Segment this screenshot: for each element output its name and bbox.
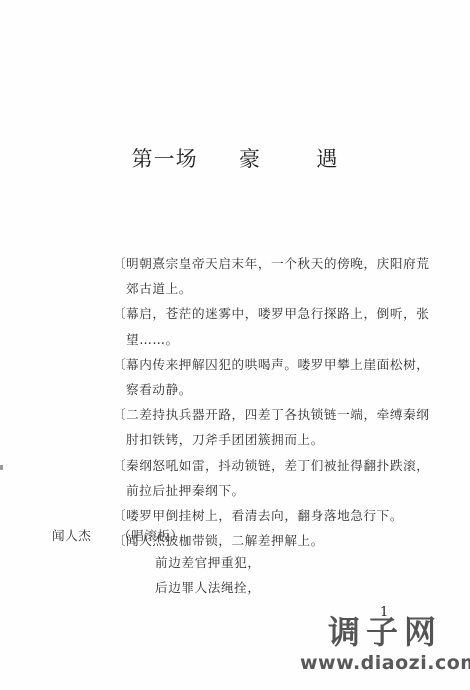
stage-direction: 〔秦纲怒吼如雷，抖动锁链，差丁们被扯得翻扑跌滚，前拉后扯押秦纲下。 (113, 453, 433, 503)
bracket-mark: 〔 (113, 402, 126, 427)
bracket-mark: 〔 (113, 301, 126, 326)
scene-title: 第一场 豪 遇 (0, 143, 470, 173)
stage-direction: 〔明朝熹宗皇帝天启末年，一个秋天的傍晚，庆阳府荒郊古道上。 (113, 251, 433, 301)
stage-direction: 〔幕启，苍茫的迷雾中，喽罗甲急行探路上，倒听，张望……。 (113, 301, 433, 351)
lyric-line: 后边罪人法绳拴， (155, 576, 261, 601)
stage-direction-text: 秦纲怒吼如雷，抖动锁链，差丁们被扯得翻扑跌滚，前拉后扯押秦纲下。 (126, 458, 429, 498)
stage-direction-text: 二差持执兵器开路，四差丁各执锁链一端，牵缚秦纲肘扣铁铐，刀斧手团团簇拥而上。 (126, 407, 429, 447)
stage-direction: 〔幕内传来押解囚犯的哄喝声。喽罗甲攀上崖面松树，察看动静。 (113, 352, 433, 402)
bracket-mark: 〔 (113, 352, 126, 377)
scan-margin-mark (0, 465, 3, 470)
scene-number: 第一场 (132, 143, 198, 173)
watermark-url: www.diaozi.com (300, 652, 470, 674)
stage-direction: 〔二差持执兵器开路，四差丁各执锁链一端，牵缚秦纲肘扣铁铐，刀斧手团团簇拥而上。 (113, 402, 433, 452)
document-page: 第一场 豪 遇 〔明朝熹宗皇帝天启末年，一个秋天的傍晚，庆阳府荒郊古道上。 〔幕… (0, 0, 470, 690)
watermark-site-name: 调子网 (300, 612, 470, 652)
stage-direction-text: 喽罗甲倒挂树上，看清去向，翻身落地急行下。 (126, 508, 403, 523)
stage-direction-text: 幕内传来押解囚犯的哄喝声。喽罗甲攀上崖面松树，察看动静。 (126, 357, 429, 397)
scene-title-word-1: 豪 (239, 143, 261, 173)
watermark: 调子网 www.diaozi.com (300, 612, 470, 690)
bracket-mark: 〔 (113, 453, 126, 478)
bracket-mark: 〔 (113, 251, 126, 276)
scene-title-word-2: 遇 (316, 143, 338, 173)
tune-annotation: （唱滚板） (118, 524, 183, 548)
lyric-line: 前边差官押重犯， (155, 551, 261, 576)
lyrics-block: 前边差官押重犯， 后边罪人法绳拴， (155, 551, 261, 600)
stage-direction-text: 幕启，苍茫的迷雾中，喽罗甲急行探路上，倒听，张望……。 (126, 306, 429, 346)
stage-direction-text: 明朝熹宗皇帝天启末年，一个秋天的傍晚，庆阳府荒郊古道上。 (126, 256, 429, 296)
speaker-name: 闻人杰 (52, 524, 114, 548)
dialogue-header: 闻人杰 （唱滚板） (52, 524, 183, 548)
stage-directions: 〔明朝熹宗皇帝天启末年，一个秋天的傍晚，庆阳府荒郊古道上。 〔幕启，苍茫的迷雾中… (113, 251, 433, 553)
